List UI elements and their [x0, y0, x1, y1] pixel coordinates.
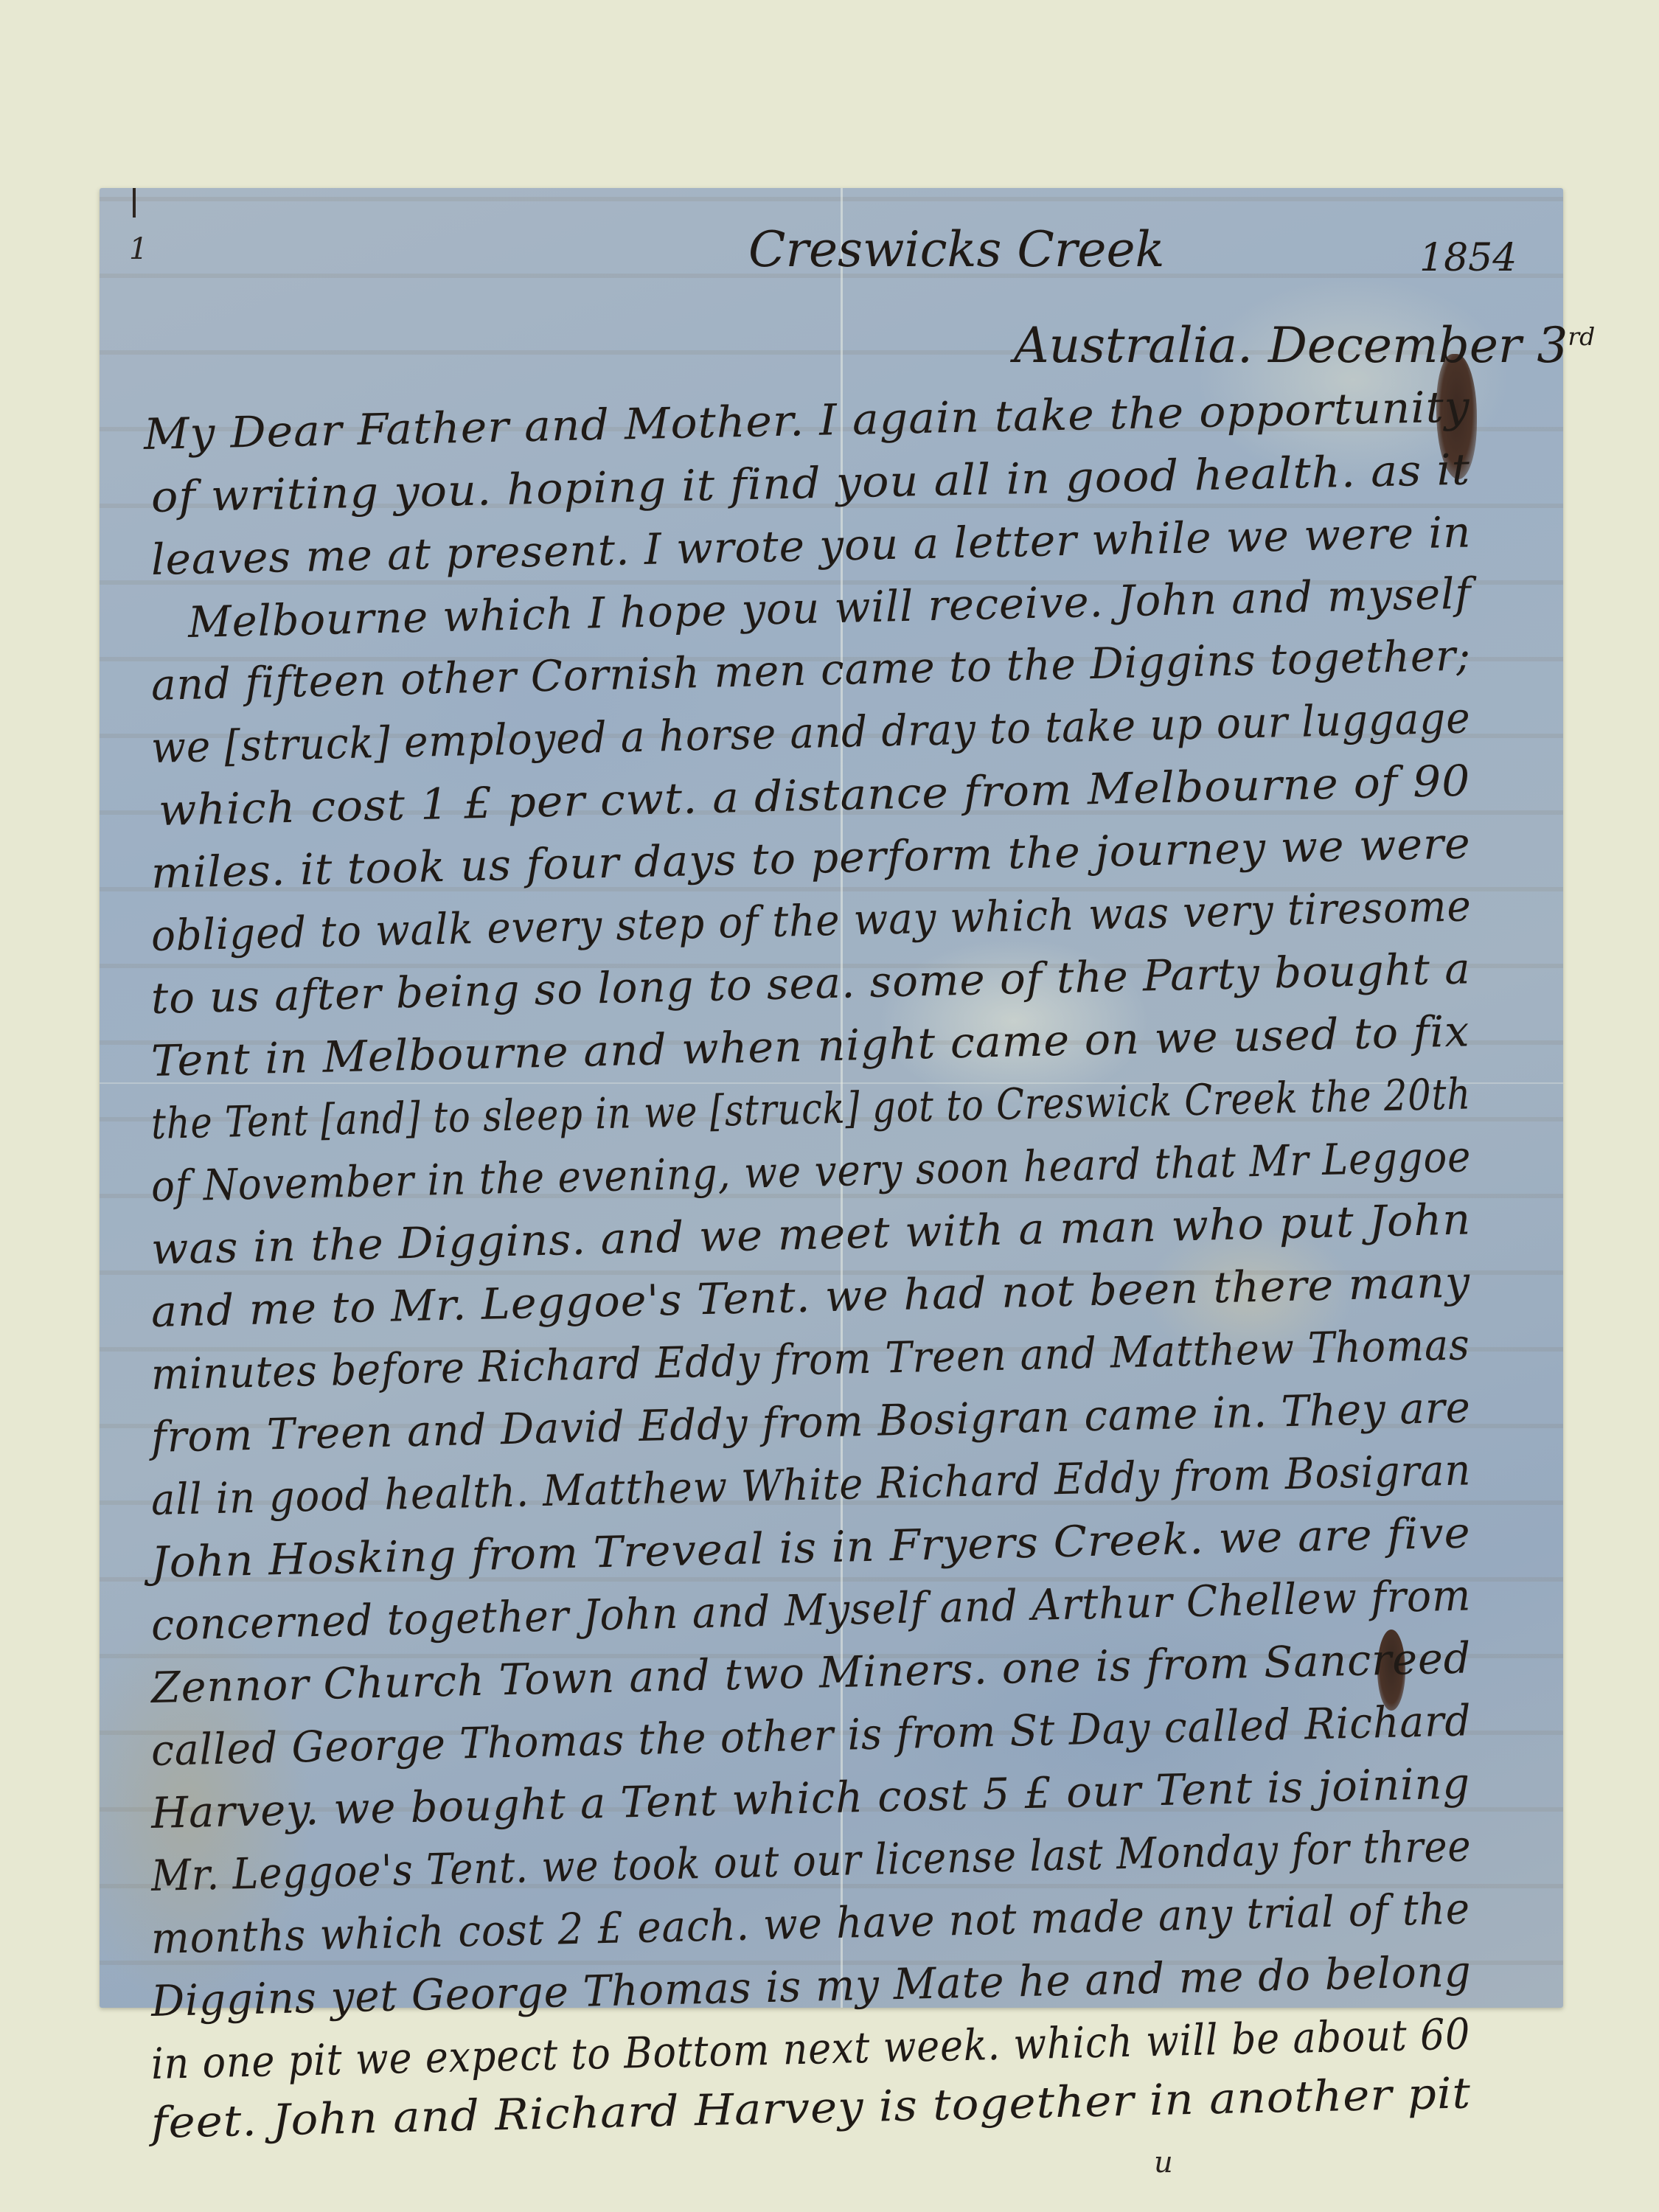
- heading-date-suffix: rd: [1568, 322, 1595, 351]
- letter-line-1: My Dear Father and Mother. I again take …: [143, 381, 1470, 459]
- heading-date: Australia. December 3rd: [1014, 317, 1595, 374]
- catchword: u: [1154, 2146, 1173, 2180]
- margin-tick: [133, 188, 136, 218]
- letter-page: 1 Creswicks Creek 1854 Australia. Decemb…: [100, 188, 1563, 2008]
- heading-year: 1854: [1419, 236, 1517, 280]
- heading-country-date: Australia. December 3: [1014, 317, 1568, 374]
- heading-place: Creswicks Creek: [748, 221, 1165, 278]
- margin-mark: 1: [129, 232, 147, 266]
